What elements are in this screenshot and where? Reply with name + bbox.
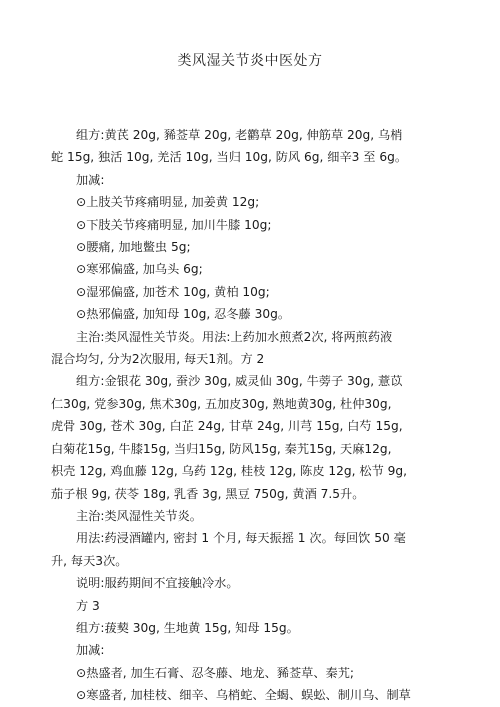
text-line: 加减: (51, 639, 455, 661)
text-line: 说明:服药期间不宜接触冷水。 (51, 572, 455, 594)
text-line: 升, 每天3次。 (51, 550, 455, 572)
text-line: 白菊花15g, 牛膝15g, 当归15g, 防风15g, 秦艽15g, 天麻12… (51, 438, 455, 460)
text-line: 主治:类风湿性关节炎。 (51, 505, 455, 527)
document-body: 组方:黄芪 20g, 豨莶草 20g, 老鹳草 20g, 伸筋草 20g, 乌梢… (51, 124, 455, 707)
document-title: 类风湿关节炎中医处方 (0, 50, 500, 70)
text-line: 混合均匀, 分为2次服用, 每天1剂。方 2 (51, 348, 455, 370)
text-line: 虎骨 30g, 苍术 30g, 白芷 24g, 甘草 24g, 川芎 15g, … (51, 415, 455, 437)
text-line: 蛇 15g, 独活 10g, 羌活 10g, 当归 10g, 防风 6g, 细辛… (51, 146, 455, 168)
text-line: 仁30g, 党参30g, 焦术30g, 五加皮30g, 熟地黄30g, 杜仲30… (51, 393, 455, 415)
text-line: ⊙湿邪偏盛, 加苍术 10g, 黄柏 10g; (51, 281, 455, 303)
text-line: 茄子根 9g, 茯苓 18g, 乳香 3g, 黑豆 750g, 黄酒 7.5升。 (51, 483, 455, 505)
text-line: 方 3 (51, 595, 455, 617)
text-line: 加减: (51, 169, 455, 191)
text-line: 组方:金银花 30g, 蚕沙 30g, 威灵仙 30g, 牛蒡子 30g, 薏苡 (51, 370, 455, 392)
text-line: 用法:药浸酒罐内, 密封 1 个月, 每天振摇 1 次。每回饮 50 毫 (51, 527, 455, 549)
text-line: ⊙上肢关节疼痛明显, 加姜黄 12g; (51, 191, 455, 213)
text-line: ⊙寒盛者, 加桂枝、细辛、乌梢蛇、全蝎、蜈蚣、制川乌、制草 (51, 684, 455, 706)
text-line: ⊙寒邪偏盛, 加乌头 6g; (51, 258, 455, 280)
text-line: 主治:类风湿性关节炎。用法:上药加水煎煮2次, 将两煎药液 (51, 326, 455, 348)
text-line: 组方:黄芪 20g, 豨莶草 20g, 老鹳草 20g, 伸筋草 20g, 乌梢 (51, 124, 455, 146)
text-line: ⊙下肢关节疼痛明显, 加川牛膝 10g; (51, 214, 455, 236)
text-line: ⊙热邪偏盛, 加知母 10g, 忍冬藤 30g。 (51, 303, 455, 325)
text-line: 枳壳 12g, 鸡血藤 12g, 乌药 12g, 桂枝 12g, 陈皮 12g,… (51, 460, 455, 482)
text-line: ⊙热盛者, 加生石膏、忍冬藤、地龙、豨莶草、秦艽; (51, 662, 455, 684)
text-line: 组方:菝葜 30g, 生地黄 15g, 知母 15g。 (51, 617, 455, 639)
text-line: ⊙腰痛, 加地鳖虫 5g; (51, 236, 455, 258)
